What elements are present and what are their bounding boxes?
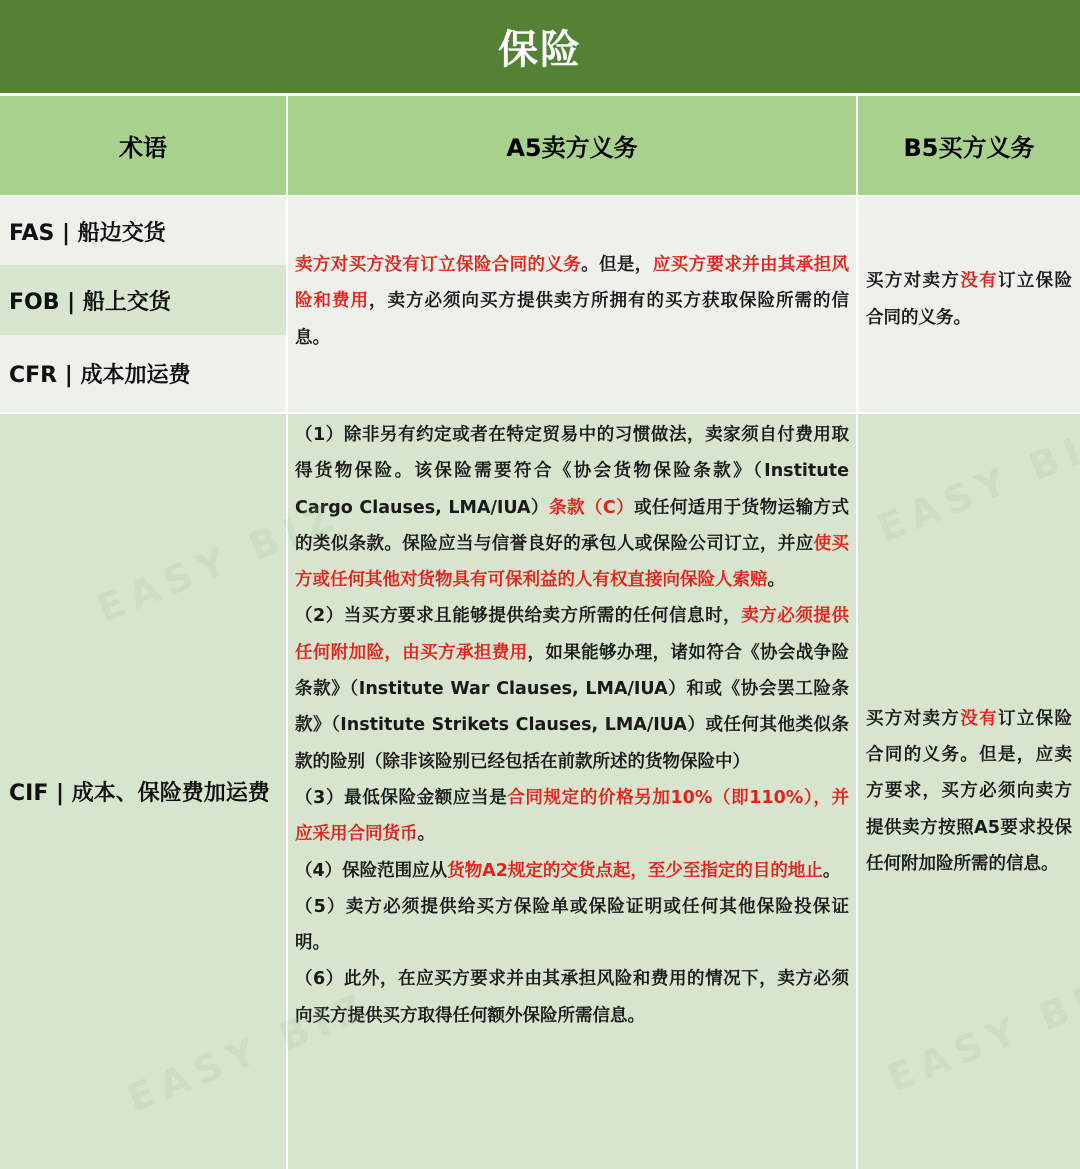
term-fas: FAS | 船边交货 bbox=[0, 197, 286, 265]
highlight: 没有 bbox=[960, 709, 998, 729]
text-run: ，卖方必须向买方提供卖方所拥有的买方获取保险所需的信息。 bbox=[295, 291, 849, 347]
group2-seller-text: （1）除非另有约定或者在特定贸易中的习惯做法，卖家须自付费用取得货物保险。该保险… bbox=[295, 417, 849, 1034]
group2-buyer-cell: 买方对卖方没有订立保险合同的义务。但是，应卖方要求，买方必须向卖方提供卖方按照A… bbox=[858, 414, 1080, 1169]
text-run: 买方对卖方 bbox=[866, 271, 960, 291]
text-run: 买方对卖方 bbox=[866, 709, 960, 729]
clause-6: （6）此外，在应买方要求并由其承担风险和费用的情况下，卖方必须向买方提供买方取得… bbox=[295, 961, 849, 1034]
clause-5: （5）卖方必须提供给买方保险单或保险证明或任何其他保险投保证明。 bbox=[295, 889, 849, 962]
clause-4: （4）保险范围应从货物A2规定的交货点起，至少至指定的目的地止。 bbox=[295, 853, 849, 889]
highlight: 货物A2规定的交货点起，至少至指定的目的地止 bbox=[447, 861, 823, 881]
page-title: 保险 bbox=[0, 0, 1080, 93]
header-buyer-obligation: B5买方义务 bbox=[858, 96, 1080, 195]
header-seller-obligation: A5卖方义务 bbox=[288, 96, 856, 195]
term-fob: FOB | 船上交货 bbox=[0, 265, 286, 335]
group2-buyer-text: 买方对卖方没有订立保险合同的义务。但是，应卖方要求，买方必须向卖方提供卖方按照A… bbox=[866, 701, 1072, 882]
highlight: 条款（C） bbox=[549, 498, 634, 518]
group1-buyer-cell: 买方对卖方没有订立保险合同的义务。 bbox=[858, 197, 1080, 412]
clause-2: （2）当买方要求且能够提供给卖方所需的任何信息时，卖方必须提供任何附加险，由买方… bbox=[295, 598, 849, 779]
group2-seller-cell: （1）除非另有约定或者在特定贸易中的习惯做法，卖家须自付费用取得货物保险。该保险… bbox=[288, 414, 856, 1169]
text-run: （3）最低保险金额应当是 bbox=[295, 788, 507, 808]
group1-seller-text: 卖方对买方没有订立保险合同的义务。但是，应买方要求并由其承担风险和费用，卖方必须… bbox=[295, 247, 849, 356]
highlight: 没有 bbox=[960, 271, 998, 291]
text-run: 。 bbox=[768, 570, 786, 590]
group1-buyer-text: 买方对卖方没有订立保险合同的义务。 bbox=[866, 263, 1072, 336]
header-term: 术语 bbox=[0, 96, 286, 195]
text-run: 。但是， bbox=[581, 255, 653, 275]
text-run: 订立保险合同的义务。但是，应卖方要求，买方必须向卖方提供卖方按照A5要求投保任何… bbox=[866, 709, 1072, 874]
text-run: （2）当买方要求且能够提供给卖方所需的任何信息时， bbox=[295, 606, 741, 626]
group1-seller-cell: 卖方对买方没有订立保险合同的义务。但是，应买方要求并由其承担风险和费用，卖方必须… bbox=[288, 197, 856, 412]
term-cfr: CFR | 成本加运费 bbox=[0, 335, 286, 412]
term-cif: CIF | 成本、保险费加运费 bbox=[0, 414, 286, 1169]
text-run: 。 bbox=[823, 861, 841, 881]
highlight: 卖方对买方没有订立保险合同的义务 bbox=[295, 255, 581, 275]
clause-3: （3）最低保险金额应当是合同规定的价格另加10%（即110%），并应采用合同货币… bbox=[295, 780, 849, 853]
text-run: （4）保险范围应从 bbox=[295, 861, 447, 881]
clause-1: （1）除非另有约定或者在特定贸易中的习惯做法，卖家须自付费用取得货物保险。该保险… bbox=[295, 417, 849, 598]
text-run: 。 bbox=[418, 824, 436, 844]
